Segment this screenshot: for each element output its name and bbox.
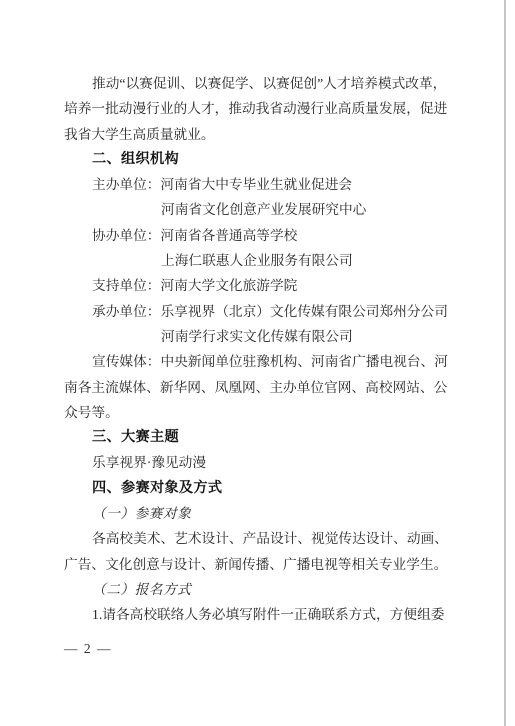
organization-supporter-line: 支持单位：河南大学文化旅游学院 — [64, 273, 459, 298]
organization-media-line-3: 众号等。 — [64, 400, 459, 425]
section-heading-organization: 二、组织机构 — [64, 147, 459, 172]
organization-host-line: 主办单位：河南省大中专毕业生就业促进会 — [64, 172, 459, 197]
intro-line: 推动“以赛促训、以赛促学、以赛促创”人才培养模式改革， — [64, 71, 459, 96]
registration-line: 1.请各高校联络人务必填写附件一正确联系方式，方便组委 — [64, 602, 459, 627]
intro-line: 我省大学生高质量就业。 — [64, 122, 459, 147]
scanned-document-page: 推动“以赛促训、以赛促学、以赛促创”人才培养模式改革， 培养一批动漫行业的人才，… — [0, 0, 515, 726]
section-heading-theme: 三、大赛主题 — [64, 425, 459, 450]
subsection-heading-participants: （一）参赛对象 — [64, 501, 459, 526]
organization-coorganizer-line-2: 上海仁联惠人企业服务有限公司 — [64, 248, 459, 273]
page-number: — 2 — — [64, 637, 112, 661]
organization-host-line-2: 河南省文化创意产业发展研究中心 — [64, 197, 459, 222]
organization-undertaker-line: 承办单位：乐享视界（北京）文化传媒有限公司郑州分公司 — [64, 299, 459, 324]
participants-line-2: 广告、文化创意与设计、新闻传播、广播电视等相关专业学生。 — [64, 552, 459, 577]
section-heading-participation: 四、参赛对象及方式 — [64, 476, 459, 501]
document-body: 推动“以赛促训、以赛促学、以赛促创”人才培养模式改革， 培养一批动漫行业的人才，… — [64, 71, 459, 628]
organization-undertaker-line-2: 河南学行求实文化传媒有限公司 — [64, 324, 459, 349]
organization-media-line-2: 南各主流媒体、新华网、凤凰网、主办单位官网、高校网站、公 — [64, 375, 459, 400]
theme-text: 乐享视界·豫见动漫 — [64, 450, 459, 475]
scan-edge-line — [504, 0, 506, 726]
participants-line: 各高校美术、艺术设计、产品设计、视觉传达设计、动画、 — [64, 526, 459, 551]
organization-coorganizer-line: 协办单位：河南省各普通高等学校 — [64, 223, 459, 248]
intro-line: 培养一批动漫行业的人才，推动我省动漫行业高质量发展，促进 — [64, 96, 459, 121]
organization-media-line: 宣传媒体：中央新闻单位驻豫机构、河南省广播电视台、河 — [64, 349, 459, 374]
subsection-heading-registration: （二）报名方式 — [64, 577, 459, 602]
